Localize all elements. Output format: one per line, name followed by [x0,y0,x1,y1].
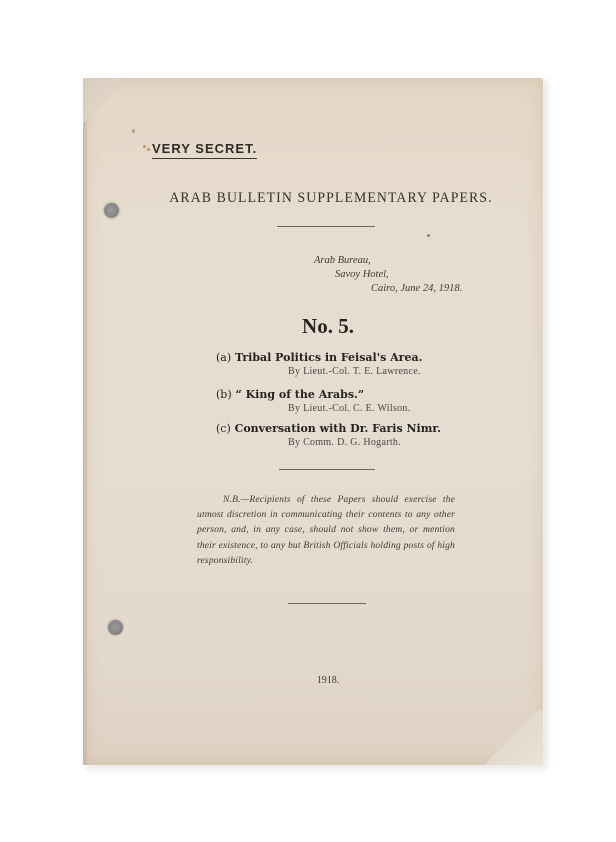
address-line-1: Arab Bureau, [314,254,371,267]
contents-item-title: (c) Conversation with Dr. Faris Nimr. [216,422,441,435]
confidentiality-notice: N.B.—Recipients of these Papers should e… [197,492,455,568]
contents-divider [279,469,375,470]
foxing-spot [143,145,146,148]
item-letter: (c) [216,422,231,435]
item-author: By Comm. D. G. Hogarth. [288,437,441,448]
item-letter: (b) [216,388,232,401]
classification-label: VERY SECRET. [152,141,257,159]
foxing-spot [427,234,430,237]
address-line-3: Cairo, June 24, 1918. [371,282,462,295]
page-edge-wear [83,78,89,765]
address-line-2: Savoy Hotel, [335,268,389,281]
item-title-text: Conversation with Dr. Faris Nimr. [235,422,441,435]
foxing-spot [132,129,135,133]
folded-corner [83,78,123,128]
publication-year: 1918. [0,675,616,686]
item-title-text: “ King of the Arabs.” [235,388,364,401]
contents-item-b: (b) “ King of the Arabs.” By Lieut.-Col.… [216,388,411,414]
contents-item-title: (a) Tribal Politics in Feisal's Area. [216,351,422,364]
item-author: By Lieut.-Col. T. E. Lawrence. [288,366,422,377]
foxing-spot [147,148,150,151]
item-author: By Lieut.-Col. C. E. Wilson. [288,403,411,414]
contents-item-a: (a) Tribal Politics in Feisal's Area. By… [216,351,422,377]
item-title-text: Tribal Politics in Feisal's Area. [235,351,422,364]
punch-hole-bottom [108,620,123,635]
title-divider [277,226,375,227]
contents-item-title: (b) “ King of the Arabs.” [216,388,411,401]
notice-divider [288,603,366,604]
document-title: ARAB BULLETIN SUPPLEMENTARY PAPERS. [25,190,592,207]
issue-number: No. 5. [0,314,616,339]
torn-corner [483,710,543,765]
contents-item-c: (c) Conversation with Dr. Faris Nimr. By… [216,422,441,448]
item-letter: (a) [216,351,231,364]
